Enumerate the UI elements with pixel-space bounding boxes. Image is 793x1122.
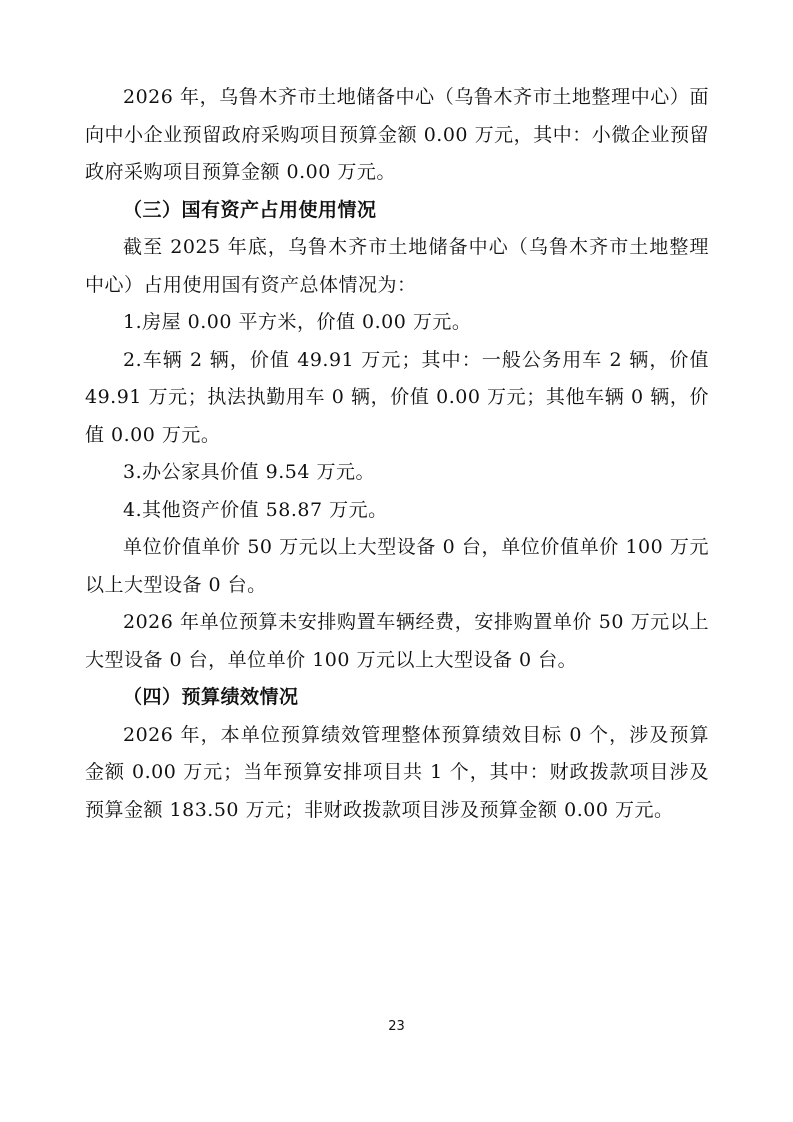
document-body: 2026 年，乌鲁木齐市土地储备中心（乌鲁木齐市土地整理中心）面向中小企业预留政… — [85, 79, 709, 829]
paragraph-assets-vehicles: 2.车辆 2 辆，价值 49.91 万元；其中：一般公务用车 2 辆，价值 49… — [85, 342, 709, 455]
paragraph-procurement-sme: 2026 年，乌鲁木齐市土地储备中心（乌鲁木齐市土地整理中心）面向中小企业预留政… — [85, 79, 709, 192]
document-page: 2026 年，乌鲁木齐市土地储备中心（乌鲁木齐市土地整理中心）面向中小企业预留政… — [0, 0, 793, 1122]
page-number: 23 — [0, 1019, 793, 1034]
paragraph-2026-purchases: 2026 年单位预算未安排购置车辆经费，安排购置单价 50 万元以上大型设备 0… — [85, 604, 709, 679]
paragraph-large-equipment: 单位价值单价 50 万元以上大型设备 0 台，单位价值单价 100 万元以上大型… — [85, 529, 709, 604]
paragraph-assets-housing: 1.房屋 0.00 平方米，价值 0.00 万元。 — [85, 304, 709, 342]
paragraph-assets-furniture: 3.办公家具价值 9.54 万元。 — [85, 454, 709, 492]
paragraph-assets-other: 4.其他资产价值 58.87 万元。 — [85, 492, 709, 530]
paragraph-performance-targets: 2026 年，本单位预算绩效管理整体预算绩效目标 0 个，涉及预算金额 0.00… — [85, 717, 709, 830]
section-heading-state-assets: （三）国有资产占用使用情况 — [85, 192, 709, 230]
paragraph-assets-intro: 截至 2025 年底，乌鲁木齐市土地储备中心（乌鲁木齐市土地整理中心）占用使用国… — [85, 229, 709, 304]
section-heading-performance: （四）预算绩效情况 — [85, 679, 709, 717]
